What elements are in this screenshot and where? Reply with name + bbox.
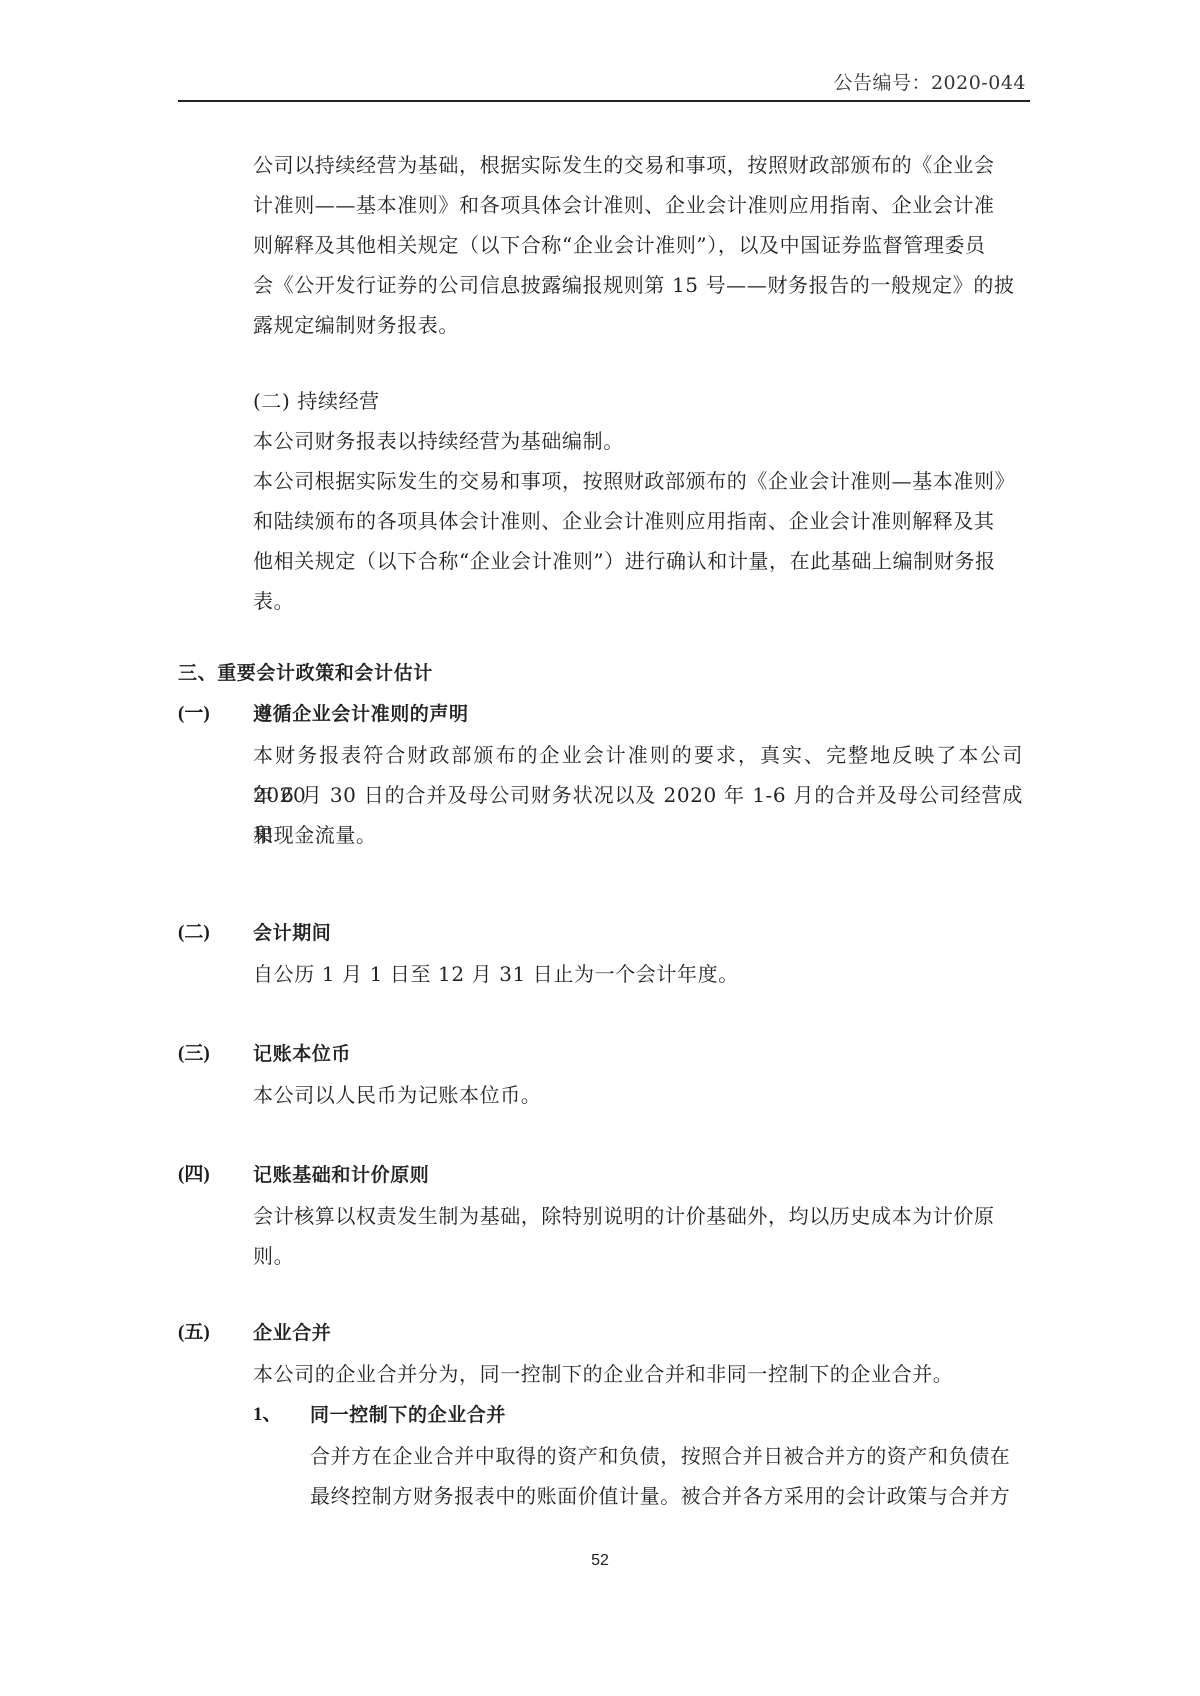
item-line: 则。 [253, 1236, 1023, 1276]
item-heading: 会计期间 [253, 913, 331, 953]
intro-line: 则解释及其他相关规定（以下合称“企业会计准则”），以及中国证券监督管理委员 [253, 225, 1023, 265]
intro-line: 会《公开发行证券的公司信息披露编报规则第 15 号——财务报告的一般规定》的披 [253, 265, 1023, 305]
item-heading: 记账基础和计价原则 [253, 1155, 429, 1195]
item-heading: 企业合并 [253, 1313, 331, 1353]
intro-line: 露规定编制财务报表。 [253, 305, 1023, 345]
item-number: (二) [178, 913, 210, 953]
item-line: 和现金流量。 [253, 815, 1023, 855]
going-concern-line: 本公司根据实际发生的交易和事项，按照财政部颁布的《企业会计准则—基本准则》 [253, 461, 1023, 501]
item-number: (三) [178, 1034, 210, 1074]
subitem-heading: 同一控制下的企业合并 [310, 1395, 506, 1435]
page-header: 公告编号：2020-044 [178, 66, 1030, 102]
going-concern-line: 他相关规定（以下合称“企业会计准则”）进行确认和计量，在此基础上编制财务报 [253, 541, 1023, 581]
item-heading: 遵循企业会计准则的声明 [253, 694, 469, 734]
section-title: 三、重要会计政策和会计估计 [178, 653, 433, 693]
going-concern-heading: (二) 持续经营 [253, 381, 1023, 421]
going-concern-line: 本公司财务报表以持续经营为基础编制。 [253, 421, 1023, 461]
intro-line: 计准则——基本准则》和各项具体会计准则、企业会计准则应用指南、企业会计准 [253, 185, 1023, 225]
item-line: 本公司的企业合并分为，同一控制下的企业合并和非同一控制下的企业合并。 [253, 1354, 1023, 1394]
announcement-number: 公告编号：2020-044 [833, 68, 1026, 95]
item-line: 自公历 1 月 1 日至 12 月 31 日止为一个会计年度。 [253, 954, 1023, 994]
page-number: 52 [0, 1552, 1200, 1570]
intro-line: 公司以持续经营为基础，根据实际发生的交易和事项，按照财政部颁布的《企业会 [253, 145, 1023, 185]
subitem-number: 1、 [253, 1395, 282, 1435]
item-number: (四) [178, 1155, 210, 1195]
item-number: (五) [178, 1313, 210, 1353]
item-number: (一) [178, 694, 210, 734]
item-line: 会计核算以权责发生制为基础，除特别说明的计价基础外，均以历史成本为计价原 [253, 1196, 1023, 1236]
going-concern-line: 表。 [253, 581, 1023, 621]
item-heading: 记账本位币 [253, 1034, 351, 1074]
subitem-line: 最终控制方财务报表中的账面价值计量。被合并各方采用的会计政策与合并方 [310, 1476, 1025, 1516]
item-line: 本公司以人民币为记账本位币。 [253, 1075, 1023, 1115]
subitem-line: 合并方在企业合并中取得的资产和负债，按照合并日被合并方的资产和负债在 [310, 1436, 1025, 1476]
going-concern-line: 和陆续颁布的各项具体会计准则、企业会计准则应用指南、企业会计准则解释及其 [253, 501, 1023, 541]
